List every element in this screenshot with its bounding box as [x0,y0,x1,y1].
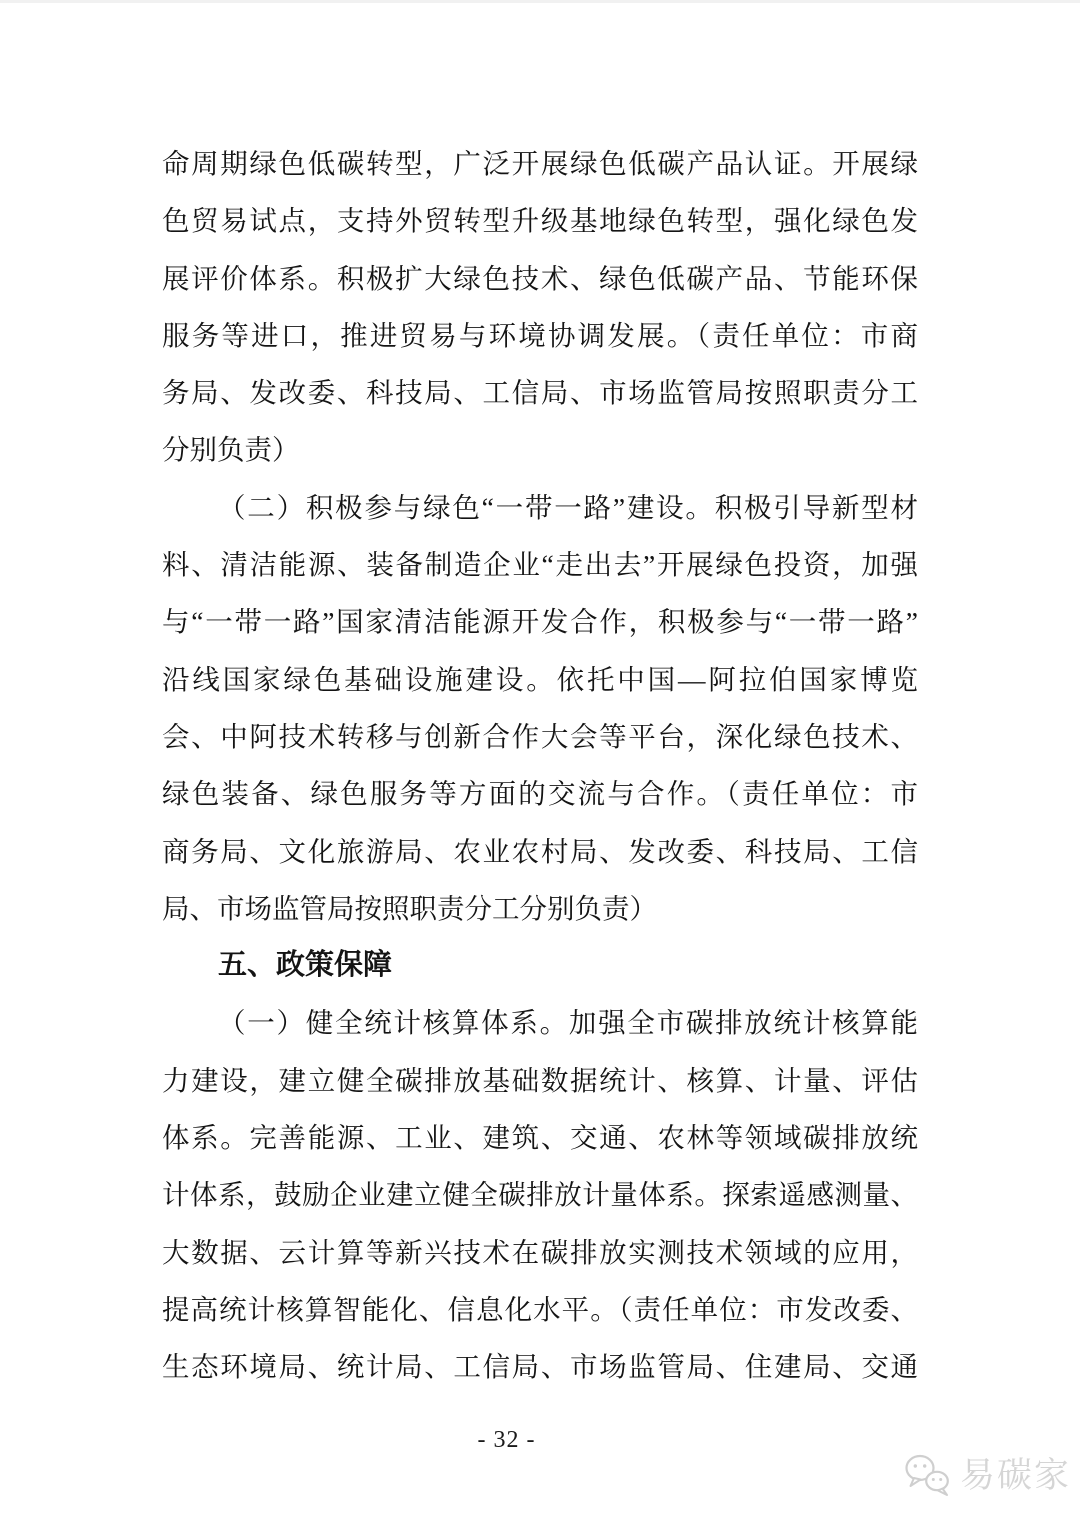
document-text-block: 命周期绿色低碳转型，广泛开展绿色低碳产品认证。开展绿色贸易试点，支持外贸转型升级… [162,135,918,1396]
text-line: 命周期绿色低碳转型，广泛开展绿色低碳产品认证。开展绿 [162,135,918,192]
text-line: 提高统计核算智能化、信息化水平。（责任单位：市发改委、 [162,1281,918,1338]
text-line: 生态环境局、统计局、工信局、市场监管局、住建局、交通 [162,1338,918,1395]
text-line: 会、中阿技术转移与创新合作大会等平台，深化绿色技术、 [162,708,918,765]
text-line: 服务等进口，推进贸易与环境协调发展。（责任单位：市商 [162,307,918,364]
text-line: 商务局、文化旅游局、农业农村局、发改委、科技局、工信 [162,823,918,880]
text-line: 分别负责） [162,421,918,478]
page-number: - 32 - [0,1427,1013,1454]
text-line: 沿线国家绿色基础设施建设。依托中国—阿拉伯国家博览 [162,651,918,708]
text-line: 力建设，建立健全碳排放基础数据统计、核算、计量、评估 [162,1052,918,1109]
text-line: 展评价体系。积极扩大绿色技术、绿色低碳产品、节能环保 [162,250,918,307]
text-line: 务局、发改委、科技局、工信局、市场监管局按照职责分工 [162,364,918,421]
text-line: 料、清洁能源、装备制造企业“走出去”开展绿色投资，加强 [162,536,918,593]
text-line: 大数据、云计算等新兴技术在碳排放实测技术领域的应用， [162,1224,918,1281]
text-line: 局、市场监管局按照职责分工分别负责） [162,880,918,937]
watermark: 易碳家 [903,1453,1071,1497]
text-line: （二）积极参与绿色“一带一路”建设。积极引导新型材 [162,479,918,536]
text-line: 体系。完善能源、工业、建筑、交通、农林等领域碳排放统 [162,1109,918,1166]
section-heading: 五、政策保障 [162,937,918,994]
text-line: 色贸易试点，支持外贸转型升级基地绿色转型，强化绿色发 [162,192,918,249]
watermark-label: 易碳家 [960,1458,1071,1493]
wechat-icon [903,1453,953,1497]
text-line: （一）健全统计核算体系。加强全市碳排放统计核算能 [162,994,918,1051]
text-line: 与“一带一路”国家清洁能源开发合作，积极参与“一带一路” [162,593,918,650]
text-line: 绿色装备、绿色服务等方面的交流与合作。（责任单位：市 [162,765,918,822]
document-page: 命周期绿色低碳转型，广泛开展绿色低碳产品认证。开展绿色贸易试点，支持外贸转型升级… [0,0,1080,1526]
text-line: 计体系，鼓励企业建立健全碳排放计量体系。探索遥感测量、 [162,1166,918,1223]
